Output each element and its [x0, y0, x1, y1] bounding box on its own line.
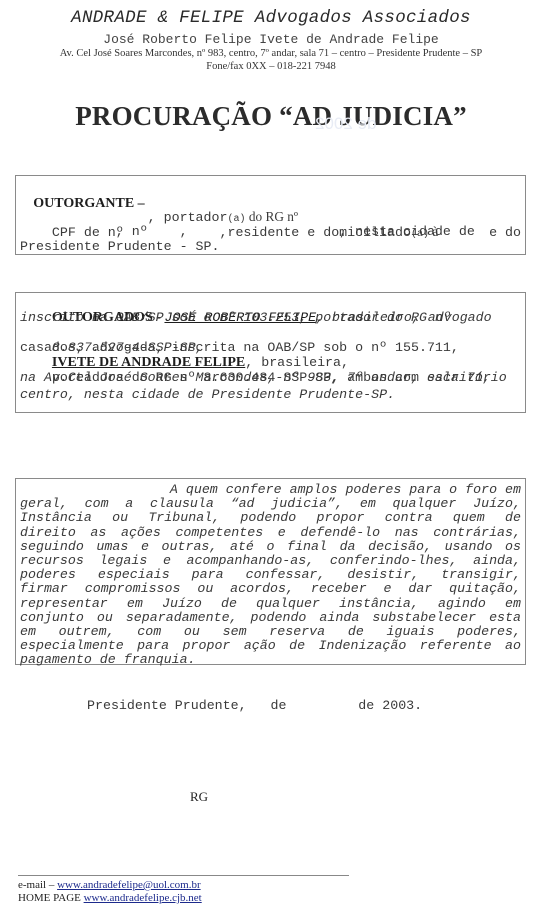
firm-name: ANDRADE & FELIPE Advogados Associados	[0, 8, 542, 28]
document-title: PROCURAÇÃO “AD JUDICIA”	[0, 101, 542, 132]
outorgados-box: OUTORGADOS - JOSÉ ROBERTO FELIPE, brasil…	[15, 292, 526, 413]
signature-rg-label: RG	[190, 789, 208, 805]
bleed-through-stamp: de 2002	[315, 114, 376, 134]
powers-clause-box: A quem confere amplos poderes para o for…	[15, 478, 526, 665]
powers-clause-line: em outrem, com ou sem reserva de iguais …	[20, 624, 521, 639]
homepage-label: HOME PAGE	[18, 892, 84, 904]
outorgados-line-7: centro, nesta cidade de Presidente Prude…	[20, 387, 521, 402]
outorgante-line-4: , nº , , nesta cidade de	[20, 224, 521, 239]
footer-divider	[18, 875, 349, 876]
powers-clause-line: conjunto ou separadamente, podendo ainda…	[20, 610, 521, 625]
powers-clause-line: seguindo umas e outras, até o final da d…	[20, 539, 521, 554]
powers-clause-line: direito as ações competentes e defendê-l…	[20, 525, 521, 540]
outorgante-box: OUTORGANTE – , portador(a) do RG nº e do…	[15, 175, 526, 255]
outorgados-line-6: na Av.Cel José Soares Marcondes, nº 983,…	[20, 370, 521, 385]
outorgados-line-2: inscrito na OAB/SP sob o nº 103.253, por…	[20, 310, 521, 325]
powers-clause-line: A quem confere amplos poderes para o for…	[20, 482, 521, 497]
powers-clause-line: especialmente para propor ação de Indeni…	[20, 638, 521, 653]
firm-phone: Fone/fax 0XX – 018-221 7948	[0, 61, 542, 72]
powers-clause-line: poderes especiais para confessar, desist…	[20, 567, 521, 582]
email-label: e-mail –	[18, 879, 57, 891]
footer-homepage: HOME PAGE www.andradefelipe.cjb.net	[18, 892, 202, 904]
powers-clause-line: firmar compromissos ou acordos, receber …	[20, 581, 521, 596]
powers-clause-line: pagamento de franquia.	[20, 652, 521, 667]
powers-clause-line: geral, com a clausula “ad judicia”, em q…	[20, 496, 521, 511]
outorgados-line-4: casados, advogada, inscrita na OAB/SP so…	[20, 340, 521, 355]
powers-clause-line: Instância ou Tribunal, podendo propor co…	[20, 510, 521, 525]
footer-email: e-mail – www.andradefelipe@uol.com.br	[18, 879, 201, 891]
powers-clause-line: recursos legais e acompanhando-as, confe…	[20, 553, 521, 568]
outorgante-line-5: Presidente Prudente - SP.	[20, 239, 521, 254]
firm-address: Av. Cel José Soares Marcondes, nº 983, c…	[0, 48, 542, 59]
powers-clause-line: representar em Juízo de qualquer instânc…	[20, 596, 521, 611]
place-and-date: Presidente Prudente, de de 2003.	[87, 698, 422, 713]
homepage-link[interactable]: www.andradefelipe.cjb.net	[84, 892, 202, 904]
email-link[interactable]: www.andradefelipe@uol.com.br	[57, 879, 201, 891]
firm-partners: José Roberto Felipe Ivete de Andrade Fel…	[0, 32, 542, 47]
